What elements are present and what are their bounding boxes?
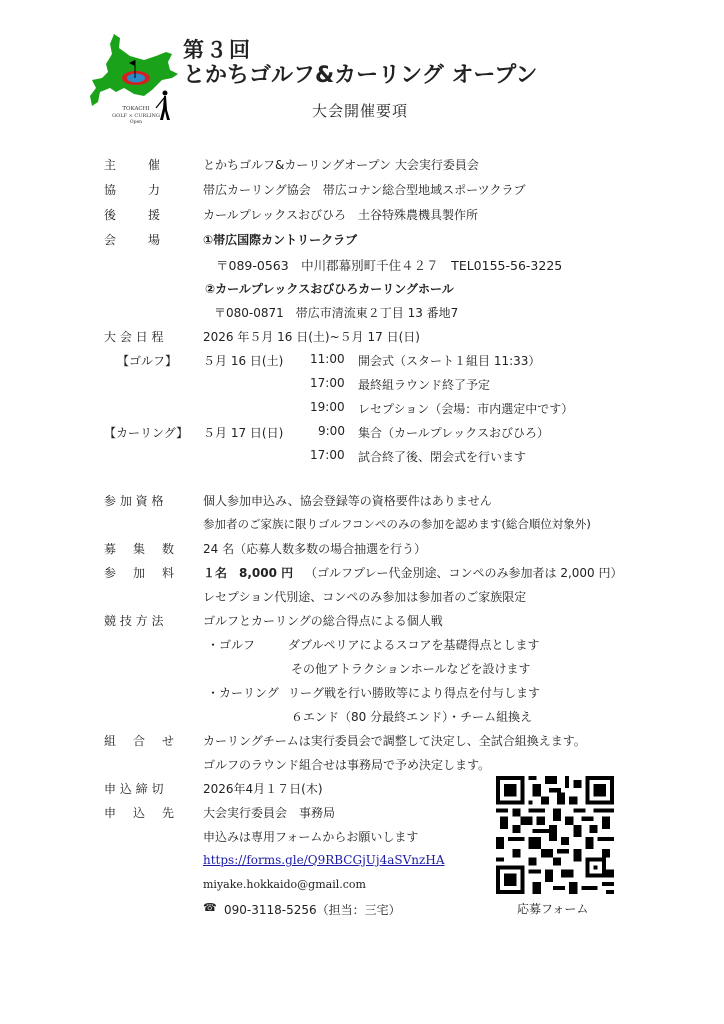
label-venue-1: 会	[104, 231, 116, 248]
label-fee-1: 参	[104, 564, 116, 581]
venue1-address: 〒089-0563 中川郡幕別町千住４２７ TEL0155-56-3225	[216, 256, 562, 274]
label-pairing-3: せ	[162, 732, 174, 749]
curling-time-1: 9:00	[318, 424, 345, 438]
value-capacity: 24 名（応募人数多数の場合抽選を行う）	[203, 540, 426, 557]
golf-time-3: 19:00	[310, 400, 345, 414]
eligibility-line-2: 参加者のご家族に限りゴルフコンペのみの参加を認めます(総合順位対象外)	[203, 516, 591, 532]
label-venue-2: 場	[148, 231, 160, 248]
curling-date: ５月 17 日(日)	[203, 424, 283, 441]
label-fee-2: 加	[133, 564, 145, 581]
eligibility-line-1: 個人参加申込み、協会登録等の資格要件はありません	[203, 492, 492, 509]
label-capacity-3: 数	[162, 540, 174, 557]
curling-time-2: 17:00	[310, 448, 345, 462]
qr-code-icon	[496, 776, 614, 894]
qr-code[interactable]	[496, 776, 614, 894]
label-fee-3: 料	[162, 564, 174, 581]
event-title: とかちゴルフ&カーリング オープン	[183, 58, 537, 89]
apply-form-link[interactable]: https://forms.gle/Q9RBCGjUj4aSVnzHA	[203, 853, 445, 867]
hokkaido-map-icon: TOKACHI GOLF × CURLING Open	[86, 30, 186, 125]
label-support-2: 援	[148, 206, 160, 223]
apply-office: 大会実行委員会 事務局	[203, 804, 335, 821]
label-cooperation-1: 協	[104, 181, 116, 198]
label-apply-1: 申	[104, 804, 116, 821]
format-golf-line-1: ダブルペリアによるスコアを基礎得点とします	[288, 636, 540, 653]
label-eligibility: 参 加 資 格	[104, 492, 163, 509]
golf-event-3: レセプション（会場：市内選定中です）	[358, 400, 573, 417]
golf-date: ５月 16 日(土)	[203, 352, 283, 369]
golf-time-1: 11:00	[310, 352, 345, 366]
format-golf-label: ・ゴルフ	[207, 636, 255, 653]
format-curling-label: ・カーリング	[207, 684, 279, 701]
format-line-1: ゴルフとカーリングの総合得点による個人戦	[203, 612, 443, 629]
value-organizer: とかちゴルフ&カーリングオープン 大会実行委員会	[203, 156, 479, 173]
value-deadline: 2026年4月１７日(木)	[203, 780, 323, 797]
fee-line-2: レセプション代別途、コンペのみ参加は参加者のご家族限定	[203, 588, 526, 605]
value-support: カールプレックスおびひろ 土谷特殊農機具製作所	[203, 206, 478, 223]
svg-text:GOLF × CURLING: GOLF × CURLING	[112, 113, 160, 119]
label-schedule: 大 会 日 程	[104, 328, 163, 345]
label-format: 競 技 方 法	[104, 612, 163, 629]
svg-text:Open: Open	[130, 119, 142, 125]
golf-time-2: 17:00	[310, 376, 345, 390]
label-deadline: 申 込 締 切	[104, 780, 163, 797]
apply-email[interactable]: miyake.hokkaido@gmail.com	[203, 878, 366, 891]
label-cooperation-2: 力	[148, 181, 160, 198]
label-organizer-2: 催	[148, 156, 160, 173]
golf-schedule-label: 【ゴルフ】	[117, 352, 177, 369]
golf-event-2: 最終組ラウンド終了予定	[358, 376, 490, 393]
svg-text:TOKACHI: TOKACHI	[122, 106, 149, 112]
curling-schedule-label: 【カーリング】	[104, 424, 188, 441]
tokachi-logo: TOKACHI GOLF × CURLING Open	[86, 30, 186, 125]
golf-event-1: 開会式（スタート１組目 11:33）	[358, 352, 540, 369]
label-capacity-1: 募	[104, 540, 116, 557]
curling-event-2: 試合終了後、閉会式を行います	[358, 448, 526, 465]
label-organizer-1: 主	[104, 156, 116, 173]
label-pairing-1: 組	[104, 732, 116, 749]
curling-event-1: 集合（カールプレックスおびひろ）	[358, 424, 549, 441]
fee-amount: １名 8,000 円	[203, 564, 293, 581]
apply-instruction: 申込みは専用フォームからお願いします	[203, 828, 418, 845]
value-schedule: 2026 年５月 16 日(土)~５月 17 日(日)	[203, 328, 420, 345]
label-capacity-2: 集	[133, 540, 145, 557]
value-cooperation: 帯広カーリング協会 帯広コナン総合型地域スポーツクラブ	[203, 181, 526, 198]
document-subtitle: 大会開催要項	[312, 100, 408, 121]
format-curling-line-2: ６エンド（80 分最終エンド）・チーム組換え	[291, 708, 532, 725]
label-apply-3: 先	[162, 804, 174, 821]
fee-note: （ゴルフプレー代金別途、コンペのみ参加者は 2,000 円）	[305, 564, 623, 581]
pairing-line-1: カーリングチームは実行委員会で調整して決定し、全試合組換えます。	[203, 732, 586, 749]
venue2-address: 〒080-0871 帯広市清流東２丁目 13 番地7	[214, 304, 458, 321]
pairing-line-2: ゴルフのラウンド組合せは事務局で予め決定します。	[203, 756, 490, 773]
label-pairing-2: 合	[133, 732, 145, 749]
label-support-1: 後	[104, 206, 116, 223]
apply-phone: 090-3118-5256（担当：三宅）	[224, 901, 401, 918]
venue1-name: ①帯広国際カントリークラブ	[203, 231, 357, 248]
format-curling-line-1: リーグ戦を行い勝敗等により得点を付与します	[288, 684, 540, 701]
venue2-name: ②カールプレックスおびひろカーリングホール	[205, 280, 454, 297]
phone-icon: ☎	[203, 901, 217, 914]
format-golf-line-2: その他アトラクションホールなどを設けます	[291, 660, 531, 677]
label-apply-2: 込	[133, 804, 145, 821]
qr-caption: 応募フォーム	[517, 900, 588, 917]
